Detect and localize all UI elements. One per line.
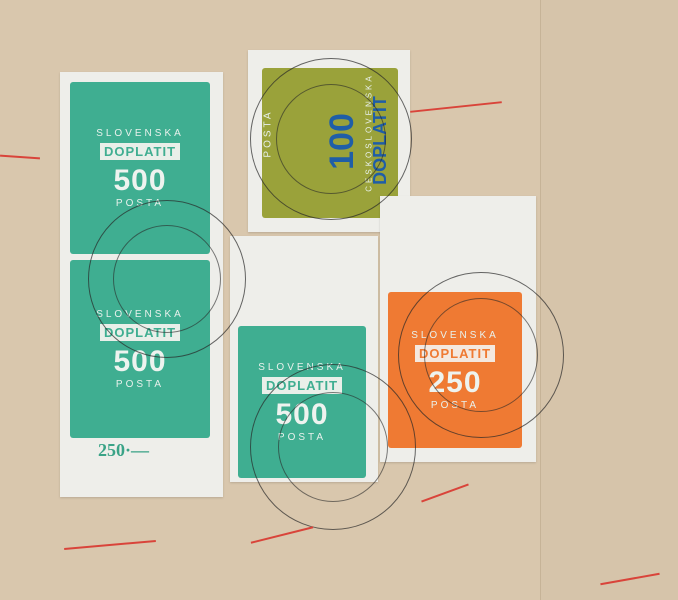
stamp-value: 500 xyxy=(113,164,166,198)
cancellation-left-inner xyxy=(113,225,221,333)
red-mark xyxy=(0,155,40,160)
red-mark xyxy=(251,526,314,543)
cancellation-orange-inner xyxy=(424,298,538,412)
paper-background xyxy=(540,0,678,600)
cancellation-olive-inner xyxy=(276,84,386,194)
cancellation-middle-inner xyxy=(278,392,388,502)
margin-inscription: 250·— xyxy=(98,440,149,461)
red-mark xyxy=(421,484,469,503)
red-mark xyxy=(410,101,502,113)
stamp-bottom-text: POSTA xyxy=(116,379,164,390)
red-mark xyxy=(64,540,156,550)
stamp-top-text: SLOVENSKA xyxy=(96,128,184,139)
stamp-label: DOPLATIT xyxy=(100,143,180,160)
